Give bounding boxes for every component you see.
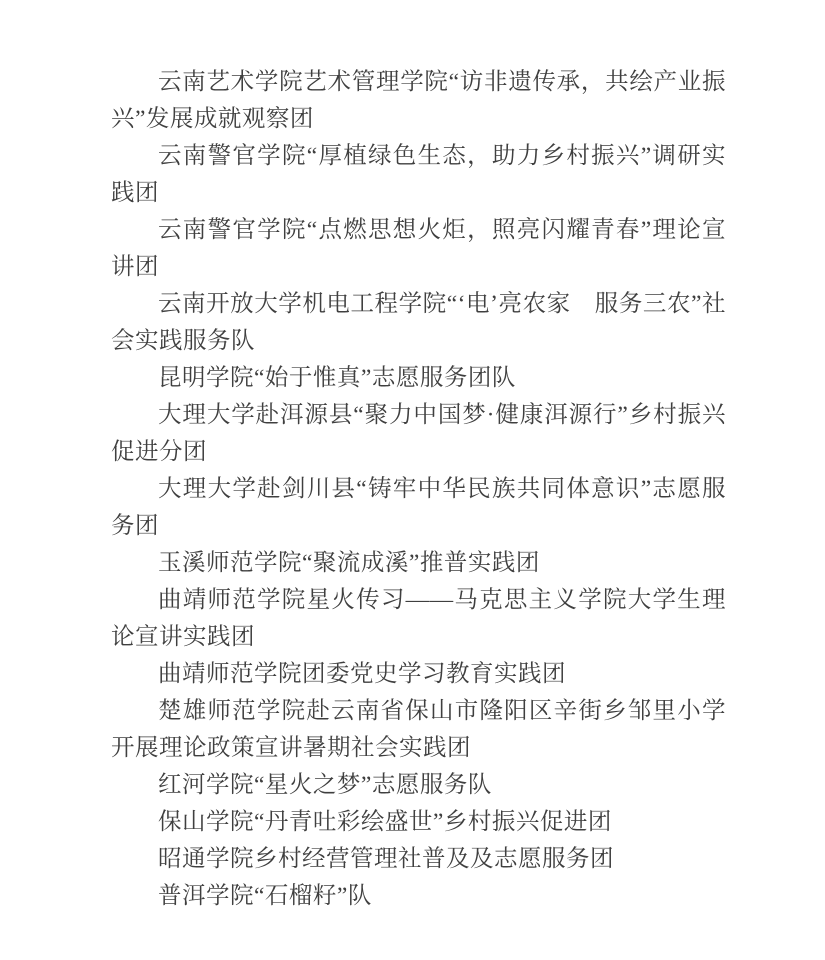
team-list-item: 曲靖师范学院星火传习——马克思主义学院大学生理论宣讲实践团	[111, 582, 726, 656]
team-list-item: 大理大学赴洱源县“聚力中国梦·健康洱源行”乡村振兴促进分团	[111, 397, 726, 471]
team-list-item: 曲靖师范学院团委党史学习教育实践团	[111, 656, 726, 693]
team-list-item: 云南开放大学机电工程学院“‘电’亮农家 服务三农”社会实践服务队	[111, 286, 726, 360]
team-list-item: 保山学院“丹青吐彩绘盛世”乡村振兴促进团	[111, 804, 726, 841]
team-list-item: 云南艺术学院艺术管理学院“访非遗传承，共绘产业振兴”发展成就观察团	[111, 64, 726, 138]
team-name-list: 云南艺术学院艺术管理学院“访非遗传承，共绘产业振兴”发展成就观察团 云南警官学院…	[111, 64, 726, 915]
team-list-item: 玉溪师范学院“聚流成溪”推普实践团	[111, 545, 726, 582]
team-list-item: 云南警官学院“厚植绿色生态，助力乡村振兴”调研实践团	[111, 138, 726, 212]
team-list-item: 楚雄师范学院赴云南省保山市隆阳区辛街乡邹里小学开展理论政策宣讲暑期社会实践团	[111, 693, 726, 767]
team-list-item: 大理大学赴剑川县“铸牢中华民族共同体意识”志愿服务团	[111, 471, 726, 545]
team-list-item: 云南警官学院“点燃思想火炬，照亮闪耀青春”理论宣讲团	[111, 212, 726, 286]
team-list-item: 昭通学院乡村经营管理社普及及志愿服务团	[111, 841, 726, 878]
team-list-item: 昆明学院“始于惟真”志愿服务团队	[111, 360, 726, 397]
team-list-item: 红河学院“星火之梦”志愿服务队	[111, 767, 726, 804]
team-list-item: 普洱学院“石榴籽”队	[111, 878, 726, 915]
document-page: 云南艺术学院艺术管理学院“访非遗传承，共绘产业振兴”发展成就观察团 云南警官学院…	[0, 0, 825, 960]
